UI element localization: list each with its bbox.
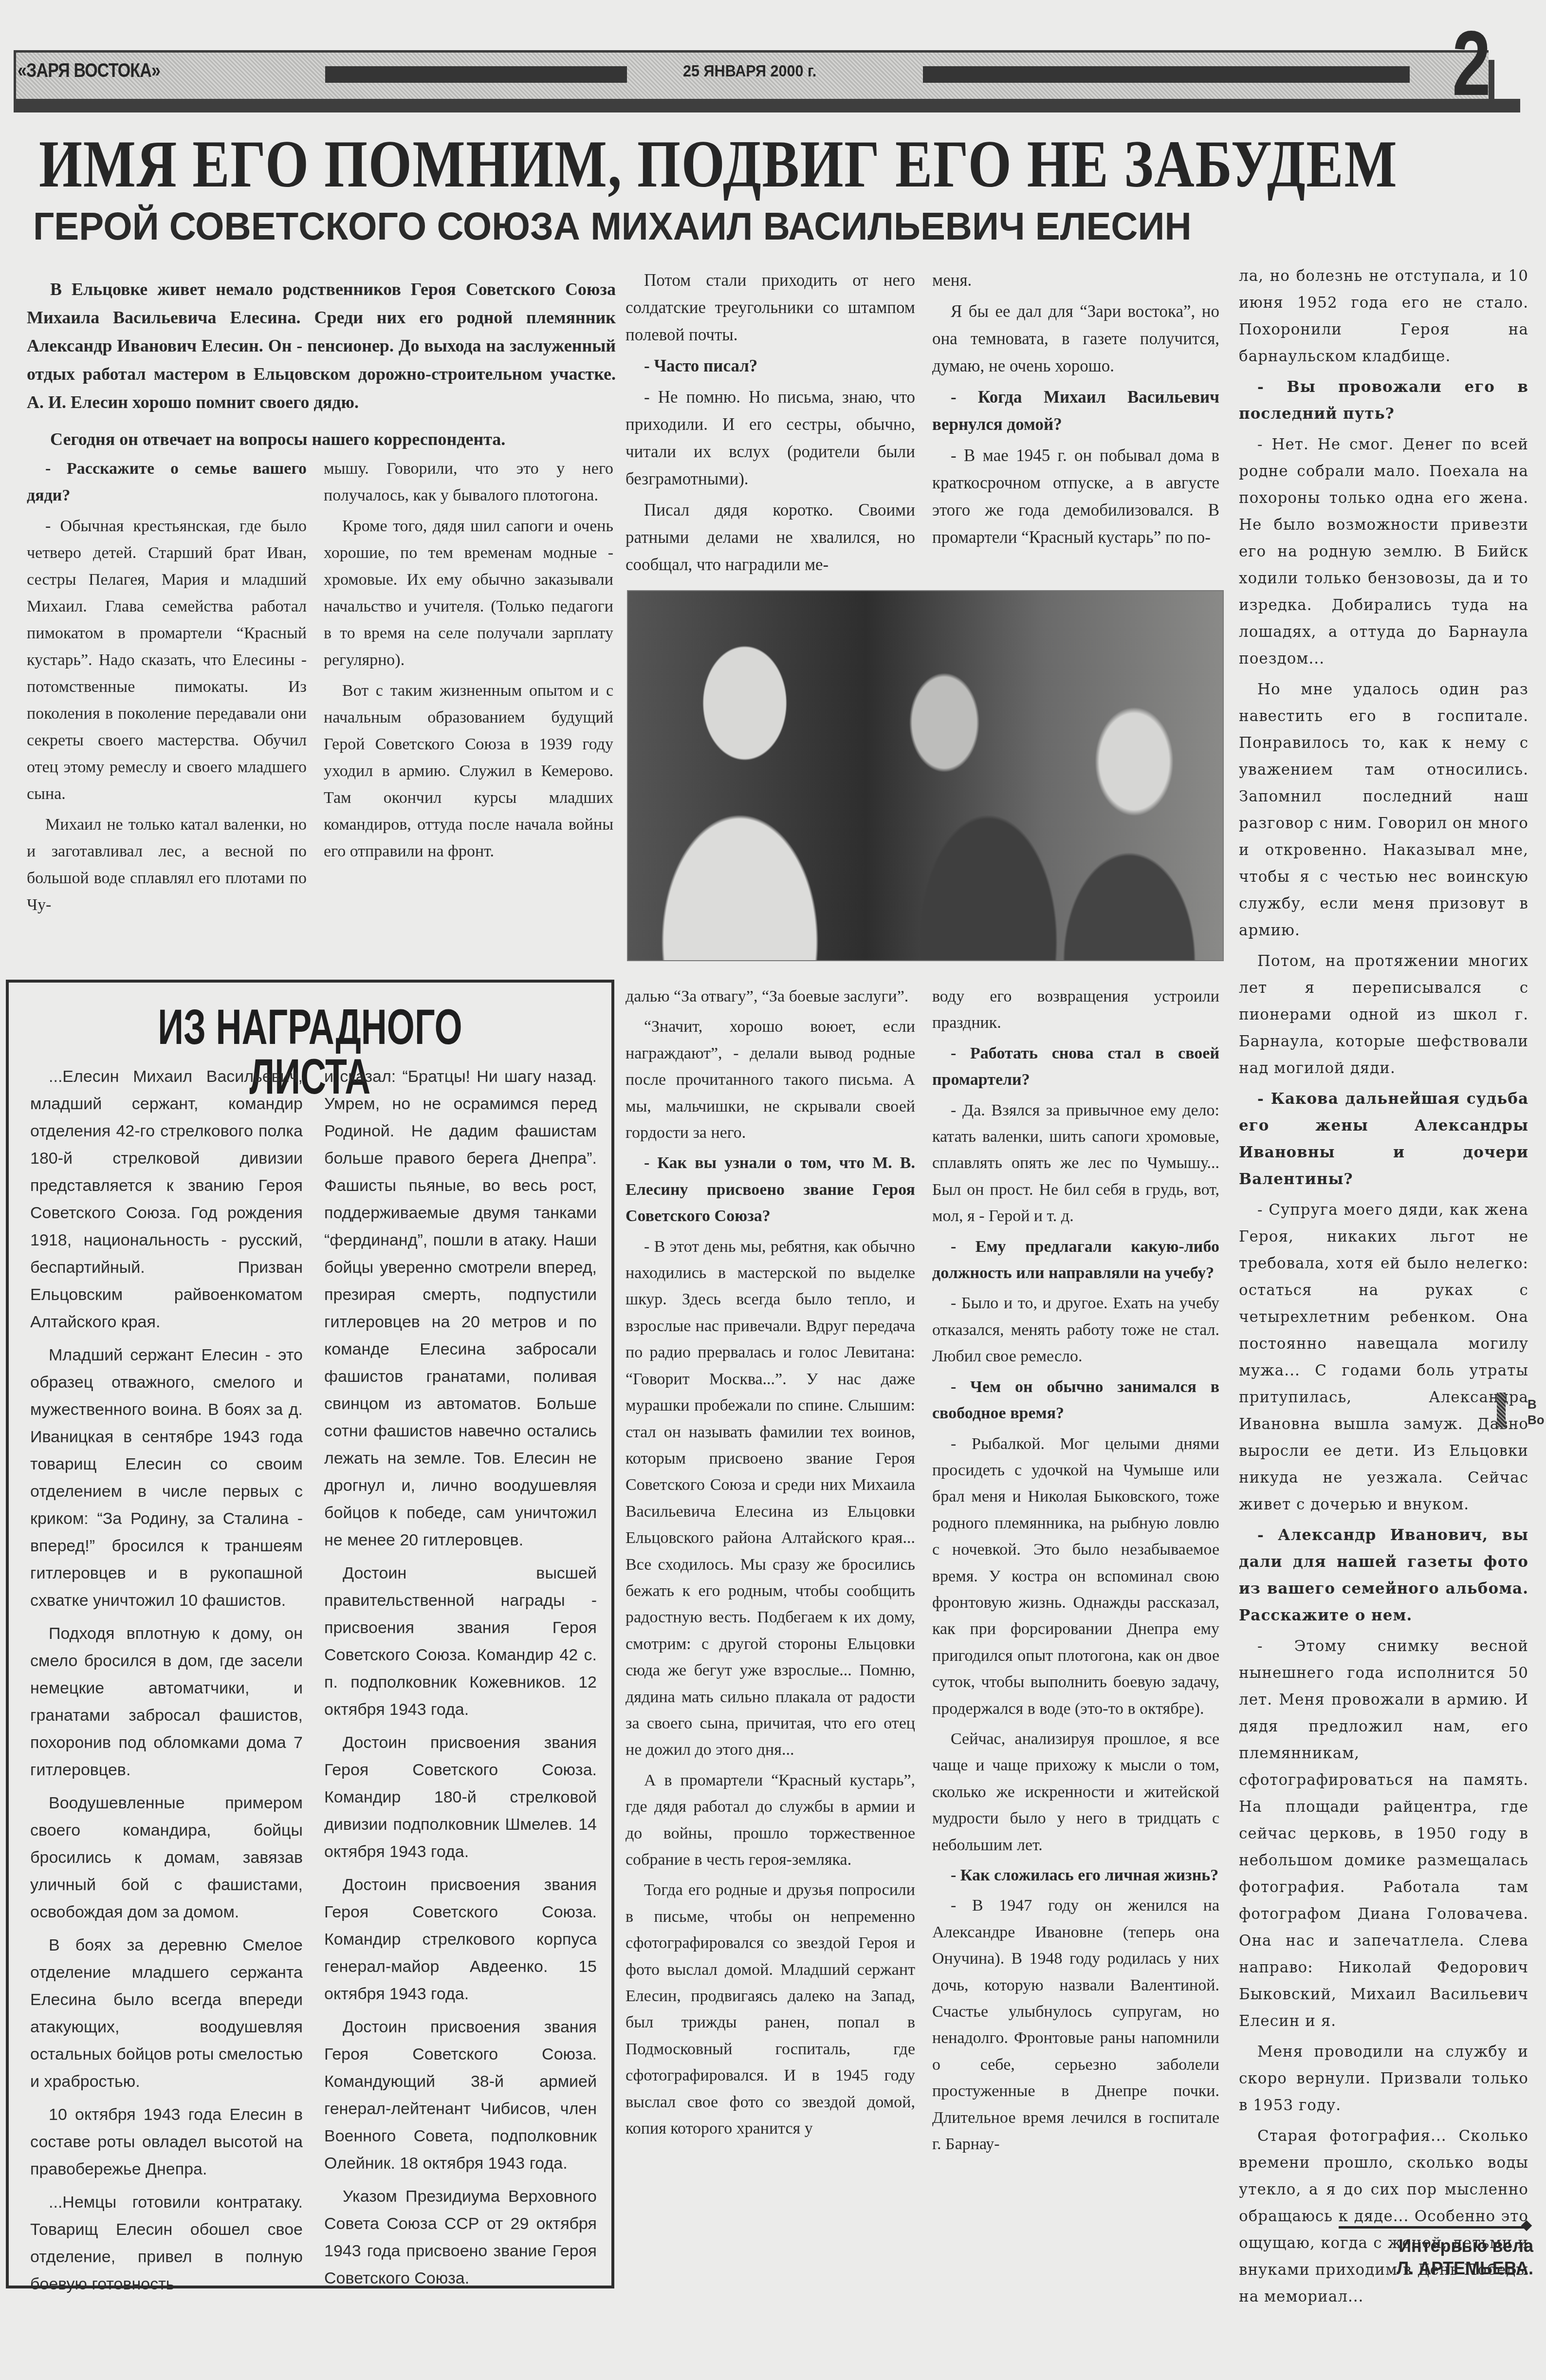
neighbor-page-fragment: В Во <box>1528 1396 1545 1428</box>
interview-question: - Вы провожали его в последний путь? <box>1239 374 1528 428</box>
interview-paragraph: А в промартели “Красный кустарь”, где дя… <box>626 1767 915 1874</box>
article-column-2: мышу. Говорили, что это у него получалос… <box>324 455 613 869</box>
interview-question: - Часто писал? <box>626 353 915 380</box>
award-paragraph: Достоин присвоения звания Героя Советско… <box>324 2013 597 2177</box>
masthead-shadow <box>14 99 1520 112</box>
fragment-line: В <box>1528 1396 1545 1412</box>
award-paragraph: 10 октября 1943 года Елесин в составе ро… <box>30 2101 303 2183</box>
issue-date: 25 ЯНВАРЯ 2000 г. <box>683 62 816 81</box>
award-paragraph: Воодушевленные примером своего командира… <box>30 1789 303 1926</box>
interview-paragraph: Кроме того, дядя шил сапоги и очень хоро… <box>324 513 613 673</box>
interview-paragraph: меня. <box>932 267 1219 294</box>
interview-paragraph: - Да. Взялся за привычное ему дело: ката… <box>932 1097 1219 1230</box>
interview-paragraph: Сейчас, анализируя прошлое, я все чаще и… <box>932 1726 1219 1859</box>
newspaper-name: «ЗАРЯ ВОСТОКА» <box>18 60 160 82</box>
award-paragraph: Подходя вплотную к дому, он смело бросил… <box>30 1620 303 1784</box>
interview-paragraph: “Значит, хорошо воюет, если награждают”,… <box>626 1014 915 1146</box>
page-number: 2 <box>1452 17 1491 110</box>
interview-paragraph: ла, но болезнь не отступала, и 10 июня 1… <box>1239 263 1528 370</box>
interview-question: - Как сложилась его личная жизнь? <box>932 1862 1219 1889</box>
article-column-4-bottom: воду его возвращения устроили праздник.-… <box>932 984 1219 2161</box>
award-paragraph: Достоин присвоения звания Героя Советско… <box>324 1871 597 2008</box>
interview-paragraph: Вот с таким жизненным опытом и с начальн… <box>324 677 613 865</box>
award-column-2: и сказал: “Братцы! Ни шагу назад. Умрем,… <box>324 1063 597 2298</box>
intro-paragraph: В Ельцовке живет немало родственников Ге… <box>27 275 616 416</box>
award-paragraph: ...Елесин Михаил Васильевич, младший сер… <box>30 1063 303 1336</box>
award-paragraph: Указом Президиума Верховного Совета Союз… <box>324 2183 597 2292</box>
award-paragraph: Достоин высшей правительственной награды… <box>324 1560 597 1723</box>
interview-paragraph: Я бы ее дал для “Зари востока”, но она т… <box>932 298 1219 380</box>
interview-paragraph: мышу. Говорили, что это у него получалос… <box>324 455 613 509</box>
torn-paper-mark <box>1497 1393 1506 1428</box>
masthead: «ЗАРЯ ВОСТОКА» 25 ЯНВАРЯ 2000 г. <box>14 50 1518 113</box>
interview-question: - Какова дальнейшая судьба его жены Алек… <box>1239 1086 1528 1193</box>
fragment-line: Во <box>1528 1412 1545 1428</box>
byline-label: Интервью вела <box>1348 2235 1533 2257</box>
interview-paragraph: - В 1947 году он женился на Александре И… <box>932 1893 1219 2157</box>
interview-paragraph: Михаил не только катал валенки, но и заг… <box>27 811 307 918</box>
award-paragraph: и сказал: “Братцы! Ни шагу назад. Умрем,… <box>324 1063 597 1554</box>
interview-paragraph: - Не помню. Но письма, знаю, что приходи… <box>626 384 915 493</box>
intro-paragraph: Сегодня он отвечает на вопросы нашего ко… <box>27 425 616 453</box>
interview-question: - Ему предлагали какую-либо должность ил… <box>932 1234 1219 1287</box>
article-column-4-top: меня.Я бы ее дал для “Зари востока”, но … <box>932 267 1219 555</box>
byline: Интервью вела Л. АРТЕМЬЕВА. <box>1348 2235 1533 2280</box>
article-column-3-top: Потом стали приходить от него солдатские… <box>626 267 915 582</box>
interview-paragraph: Потом, на протяжении многих лет я перепи… <box>1239 948 1528 1082</box>
interview-paragraph: - Рыбалкой. Мог целыми днями просидеть с… <box>932 1431 1219 1722</box>
award-paragraph: Достоин присвоения звания Героя Советско… <box>324 1729 597 1865</box>
article-subheadline: ГЕРОЙ СОВЕТСКОГО СОЮЗА МИХАИЛ ВАСИЛЬЕВИЧ… <box>33 207 1428 246</box>
interview-paragraph: воду его возвращения устроили праздник. <box>932 984 1219 1037</box>
interview-paragraph: - Нет. Не смог. Денег по всей родне собр… <box>1239 431 1528 672</box>
signoff-rule <box>1339 2226 1528 2229</box>
award-paragraph: Младший сержант Елесин - это образец отв… <box>30 1341 303 1614</box>
interview-paragraph: - В мае 1945 г. он побывал дома в кратко… <box>932 442 1219 551</box>
byline-author: Л. АРТЕМЬЕВА. <box>1348 2257 1533 2280</box>
interview-question: - Когда Михаил Васильевич вернулся домой… <box>932 384 1219 438</box>
article-column-5: ла, но болезнь не отступала, и 10 июня 1… <box>1239 263 1528 2314</box>
masthead-bar-right <box>923 66 1410 83</box>
interview-paragraph: - Супруга моего дяди, как жена Героя, ни… <box>1239 1197 1528 1518</box>
article-column-1: - Расскажите о семье вашего дяди?- Обычн… <box>27 455 307 922</box>
award-paragraph: В боях за деревню Смелое отделение младш… <box>30 1932 303 2095</box>
interview-question: - Александр Иванович, вы дали для нашей … <box>1239 1522 1528 1629</box>
interview-paragraph: далью “За отвагу”, “За боевые заслуги”. <box>626 984 915 1010</box>
award-sheet-box: ИЗ НАГРАДНОГО ЛИСТА ...Елесин Михаил Вас… <box>6 980 614 2288</box>
interview-question: - Чем он обычно занимался в свободное вр… <box>932 1374 1219 1427</box>
award-paragraph: ...Немцы готовили контратаку. Товарищ Ел… <box>30 2189 303 2298</box>
masthead-bar-left <box>325 66 627 83</box>
article-column-3-bottom: далью “За отвагу”, “За боевые заслуги”.“… <box>626 984 915 2146</box>
interview-paragraph: Но мне удалось один раз навестить его в … <box>1239 676 1528 944</box>
interview-paragraph: Меня проводили на службу и скоро вернули… <box>1239 2039 1528 2119</box>
interview-paragraph: Старая фотография... Сколько времени про… <box>1239 2123 1528 2310</box>
interview-question: - Расскажите о семье вашего дяди? <box>27 455 307 509</box>
interview-paragraph: - В этот день мы, ребятня, как обычно на… <box>626 1234 915 1764</box>
article-headline: ИМЯ ЕГО ПОМНИМ, ПОДВИГ ЕГО НЕ ЗАБУДЕМ <box>39 130 1255 198</box>
interview-question: - Работать снова стал в своей промартели… <box>932 1041 1219 1094</box>
archival-photo <box>627 590 1224 961</box>
award-column-1: ...Елесин Михаил Васильевич, младший сер… <box>30 1063 303 2304</box>
interview-paragraph: Тогда его родные и друзья попросили в пи… <box>626 1877 915 2142</box>
interview-paragraph: Потом стали приходить от него солдатские… <box>626 267 915 349</box>
interview-paragraph: Писал дядя коротко. Своими ратными делам… <box>626 497 915 578</box>
interview-paragraph: - Обычная крестьянская, где было четверо… <box>27 513 307 807</box>
interview-paragraph: - Было и то, и другое. Ехать на учебу от… <box>932 1290 1219 1370</box>
interview-question: - Как вы узнали о том, что М. В. Елесину… <box>626 1150 915 1229</box>
interview-paragraph: - Этому снимку весной нынешнего года исп… <box>1239 1633 1528 2035</box>
article-intro: В Ельцовке живет немало родственников Ге… <box>27 275 616 462</box>
